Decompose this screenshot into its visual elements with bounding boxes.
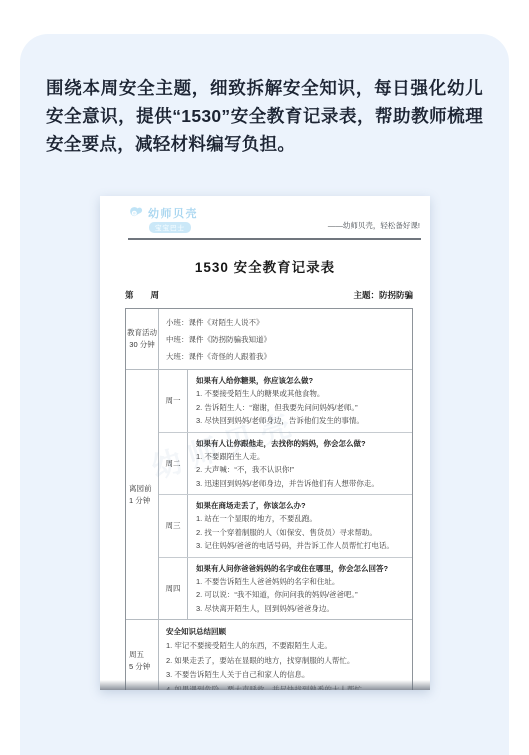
document-page: 幼师贝壳 幼师贝壳 宝宝巴士 ——幼师贝壳，轻松备好课! 1530 安全教育记录… (100, 196, 430, 690)
day-point: 1. 不要跟陌生人走。 (196, 450, 406, 464)
page-bottom-shadow (100, 680, 430, 690)
brand-badge: 宝宝巴士 (149, 222, 191, 233)
day-point: 1. 站在一个显眼的地方，不要乱跑。 (196, 512, 406, 526)
day-point: 2. 可以说：“我不知道，你问问我的妈妈/爸爸吧。” (196, 588, 406, 602)
brand-logo: 幼师贝壳 宝宝巴士 (128, 204, 198, 233)
day-point: 1. 不要接受陌生人的糖果或其他食物。 (196, 387, 406, 401)
day-label-cell: 周三 (159, 495, 188, 557)
day-point: 2. 告诉陌生人：“谢谢，但我要先问问妈妈/老师。” (196, 401, 406, 415)
hand-shell-logo-icon (128, 204, 145, 221)
theme-field: 主题：防拐防骗 (353, 289, 413, 301)
week-field: 第 周 (125, 289, 159, 301)
meta-row: 第 周 主题：防拐防骗 (125, 289, 413, 301)
day-point: 3. 迅速回到妈妈/老师身边，并告诉他们有人想带你走。 (196, 477, 406, 491)
day-point: 3. 尽快回到妈妈/老师身边，告诉他们发生的事情。 (196, 414, 406, 428)
day-question: 如果有人让你跟他走，去找你的妈妈，你会怎么做? (196, 437, 406, 450)
day-point: 3. 记住妈妈/爸爸的电话号码，并告诉工作人员帮忙打电话。 (196, 539, 406, 553)
table-row-thursday: 周四 如果有人问你爸爸妈妈的名字或住在哪里，你会怎么回答? 1. 不要告诉陌生人… (159, 557, 412, 620)
day-question: 如果有人给你糖果，你应该怎么做? (196, 374, 406, 387)
friday-label: 周五 (129, 649, 158, 661)
day-point: 2. 找一个穿着制服的人（如保安、售货员）寻求帮助。 (196, 526, 406, 540)
intro-paragraph: 围绕本周安全主题，细致拆解安全知识，每日强化幼儿安全意识，提供“1530”安全教… (20, 34, 509, 158)
friday-duration: 5 分钟 (129, 661, 158, 673)
activity-line: 小班：课件《对陌生人说不》 (166, 314, 406, 331)
activity-line: 大班：课件《奇怪的人跟着我》 (166, 348, 406, 365)
activity-label-cell: 教育活动 30 分钟 (126, 309, 159, 369)
day-question: 如果在商场走丢了，你该怎么办? (196, 499, 406, 512)
before-leave-duration: 1 分钟 (129, 495, 158, 507)
day-content-cell: 如果有人让你跟他走，去找你的妈妈，你会怎么做? 1. 不要跟陌生人走。 2. 大… (188, 433, 412, 495)
table-row-wednesday: 周三 如果在商场走丢了，你该怎么办? 1. 站在一个显眼的地方，不要乱跑。 2.… (159, 494, 412, 557)
day-label-cell: 周二 (159, 433, 188, 495)
table-row-before-leave: 离园前 1 分钟 周一 如果有人给你糖果，你应该怎么做? 1. 不要接受陌生人的… (126, 369, 412, 619)
weekday-rows: 周一 如果有人给你糖果，你应该怎么做? 1. 不要接受陌生人的糖果或其他食物。 … (159, 370, 412, 619)
friday-heading: 安全知识总结回顾 (166, 625, 406, 639)
day-point: 2. 大声喊：“不，我不认识你!” (196, 463, 406, 477)
activity-content-cell: 小班：课件《对陌生人说不》 中班：课件《防拐防骗我知道》 大班：课件《奇怪的人跟… (159, 309, 412, 369)
day-point: 3. 尽快离开陌生人，回到妈妈/爸爸身边。 (196, 602, 406, 616)
day-content-cell: 如果在商场走丢了，你该怎么办? 1. 站在一个显眼的地方，不要乱跑。 2. 找一… (188, 495, 412, 557)
brand-logo-text: 幼师贝壳 (148, 205, 198, 221)
day-point: 1. 不要告诉陌生人爸爸妈妈的名字和住址。 (196, 575, 406, 589)
activity-label: 教育活动 (127, 327, 157, 339)
day-label-cell: 周四 (159, 558, 188, 620)
activity-duration: 30 分钟 (129, 339, 154, 351)
table-row-activity: 教育活动 30 分钟 小班：课件《对陌生人说不》 中班：课件《防拐防骗我知道》 … (126, 309, 412, 369)
day-label-cell: 周一 (159, 370, 188, 432)
record-table: 教育活动 30 分钟 小班：课件《对陌生人说不》 中班：课件《防拐防骗我知道》 … (125, 308, 413, 690)
day-content-cell: 如果有人问你爸爸妈妈的名字或住在哪里，你会怎么回答? 1. 不要告诉陌生人爸爸妈… (188, 558, 412, 620)
friday-point: 2. 如果走丢了，要站在显眼的地方，找穿制服的人帮忙。 (166, 654, 406, 669)
document-title: 1530 安全教育记录表 (100, 256, 430, 276)
brand-tagline: ——幼师贝壳，轻松备好课! (328, 220, 420, 233)
activity-line: 中班：课件《防拐防骗我知道》 (166, 331, 406, 348)
table-row-tuesday: 周二 如果有人让你跟他走，去找你的妈妈，你会怎么做? 1. 不要跟陌生人走。 2… (159, 432, 412, 495)
day-content-cell: 如果有人给你糖果，你应该怎么做? 1. 不要接受陌生人的糖果或其他食物。 2. … (188, 370, 412, 432)
before-leave-label-cell: 离园前 1 分钟 (126, 370, 159, 619)
before-leave-label: 离园前 (129, 483, 158, 495)
document-header: 幼师贝壳 宝宝巴士 ——幼师贝壳，轻松备好课! (100, 196, 430, 236)
friday-point: 1. 牢记不要接受陌生人的东西，不要跟陌生人走。 (166, 639, 406, 654)
header-divider (128, 238, 421, 240)
day-question: 如果有人问你爸爸妈妈的名字或住在哪里，你会怎么回答? (196, 562, 406, 575)
table-row-monday: 周一 如果有人给你糖果，你应该怎么做? 1. 不要接受陌生人的糖果或其他食物。 … (159, 370, 412, 432)
